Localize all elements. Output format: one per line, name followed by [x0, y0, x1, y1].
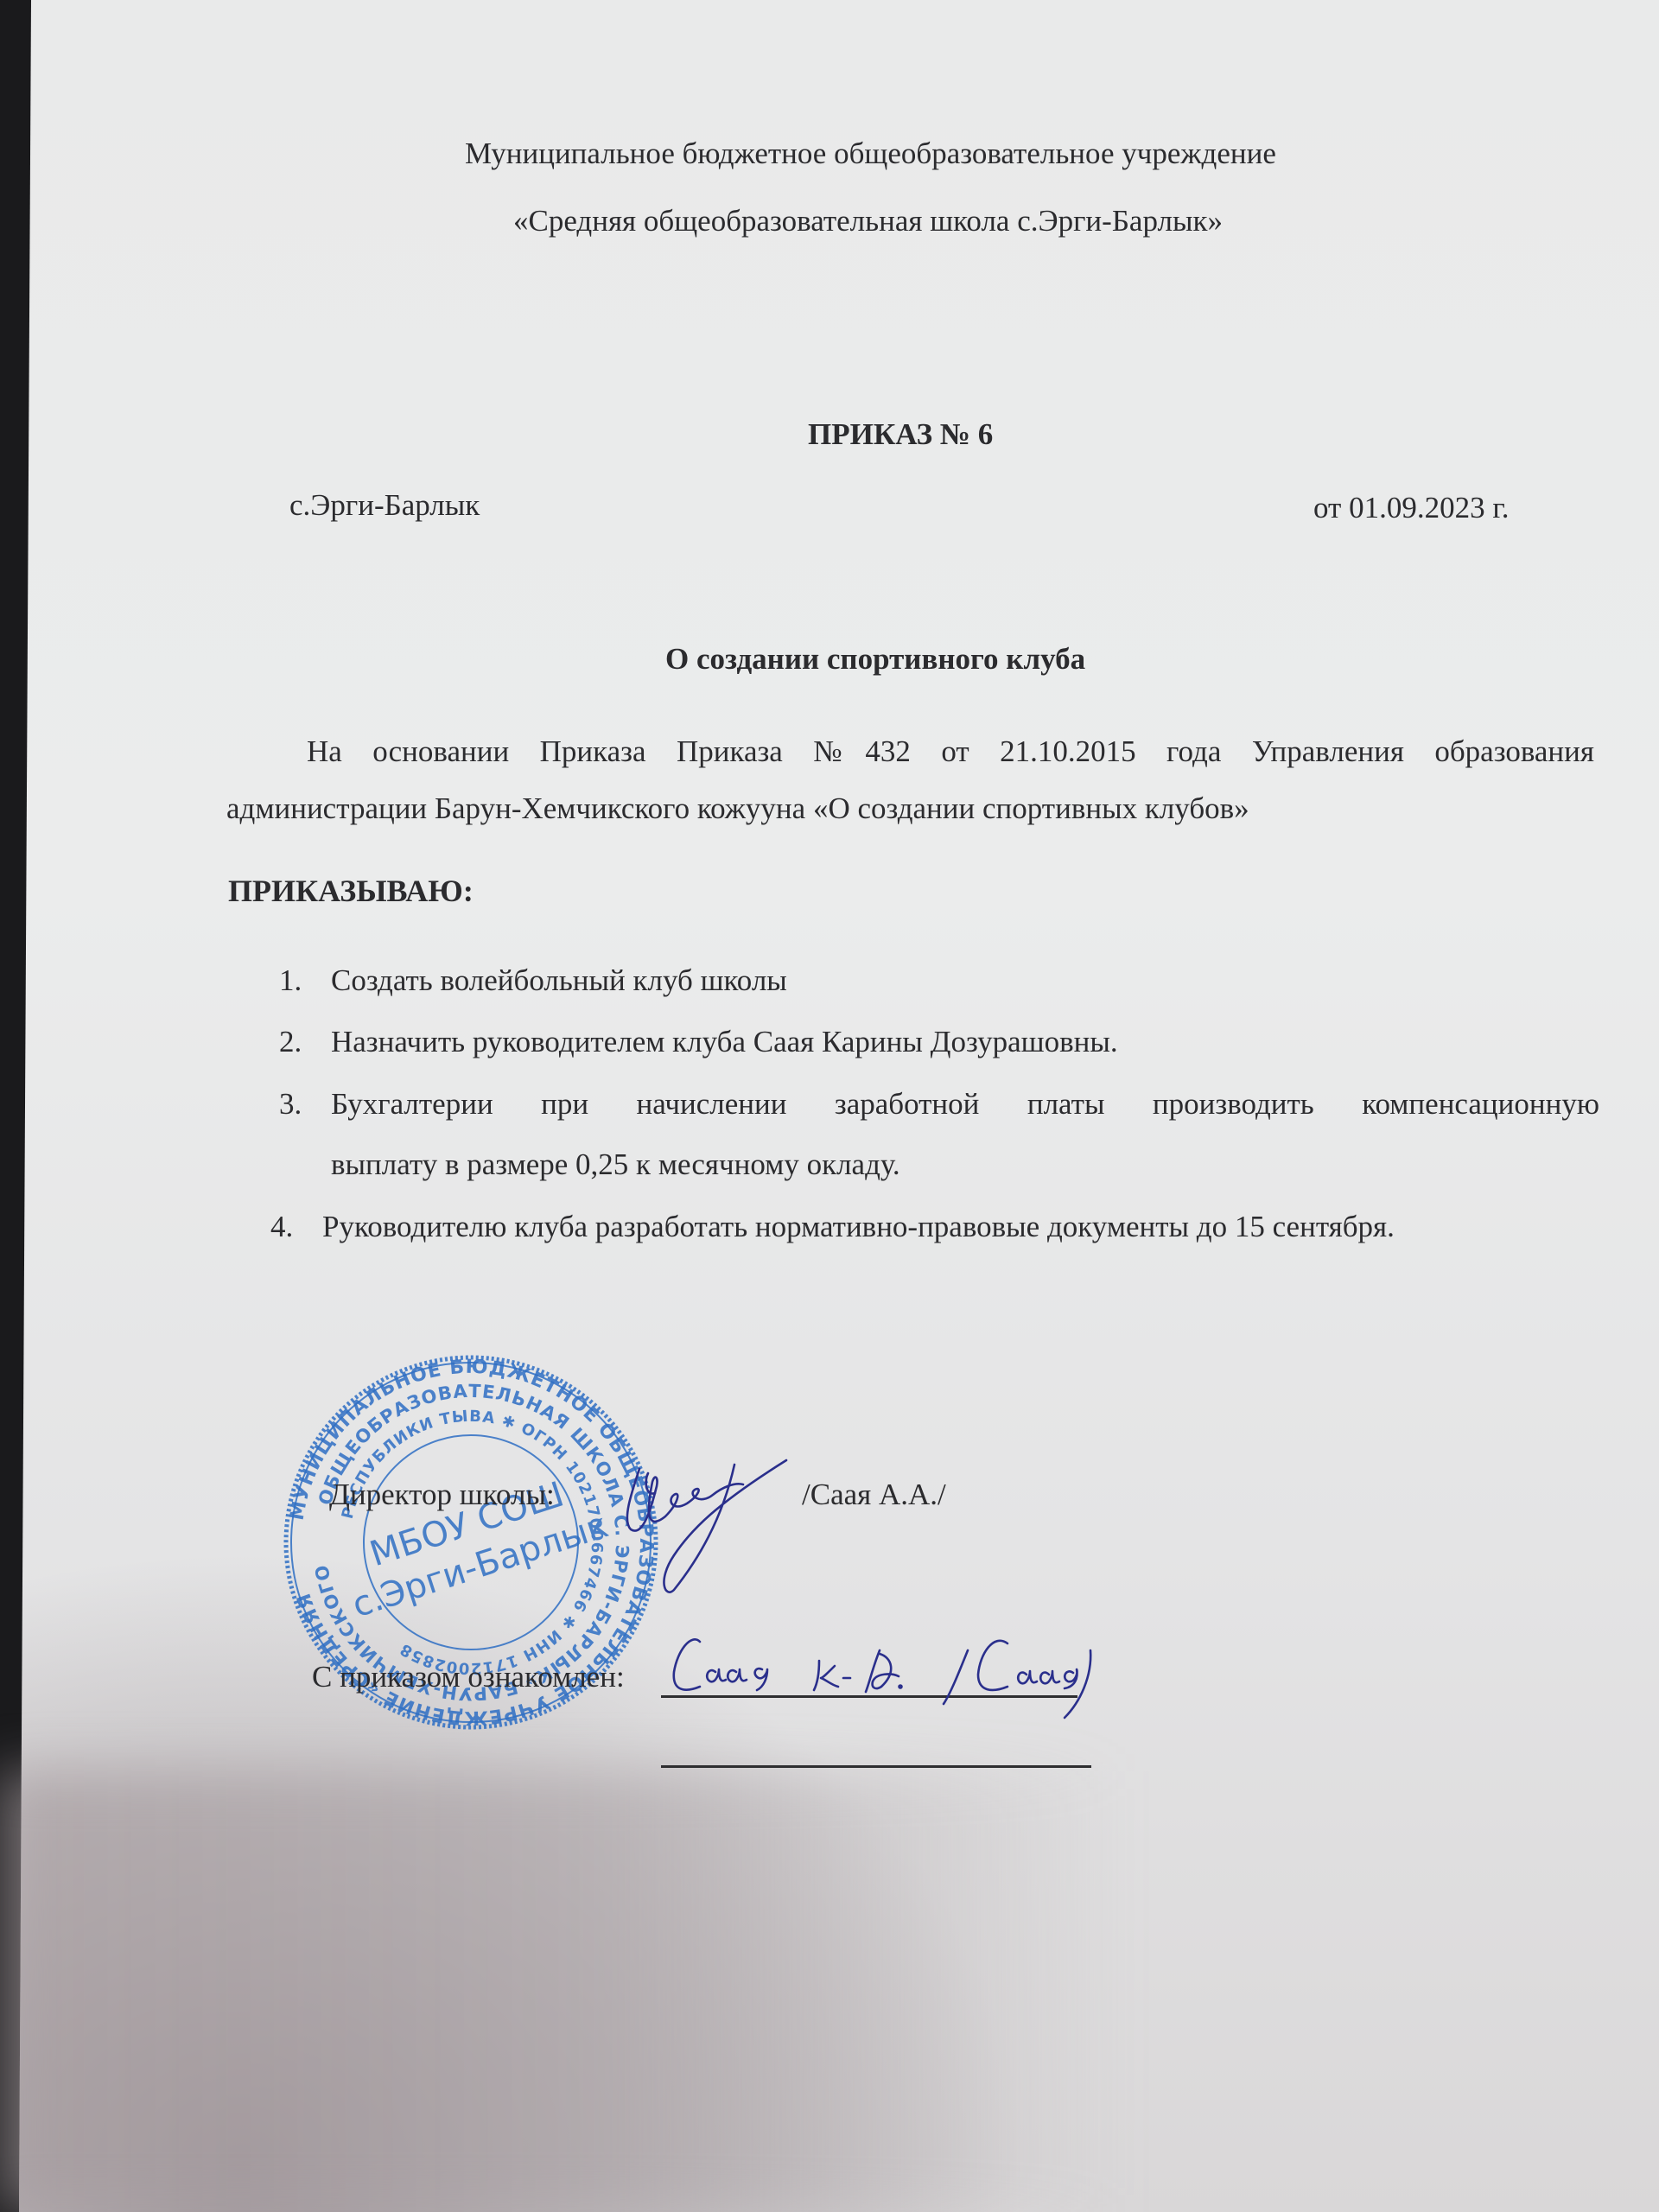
directive-heading: ПРИКАЗЫВАЮ:: [228, 875, 474, 906]
director-label: Директор школы:: [329, 1479, 555, 1510]
order-place: с.Эрги-Барлык: [289, 490, 480, 520]
order-subject: О создании спортивного клуба: [665, 644, 1085, 674]
item-text: Руководителю клуба разработать нормативн…: [322, 1211, 1395, 1242]
preamble-line-2: администрации Барун-Хемчикского кожууна …: [226, 793, 1249, 823]
institution-line-1: Муниципальное бюджетное общеобразователь…: [465, 138, 1276, 168]
director-signature-icon: [605, 1452, 795, 1599]
item-text: Бухгалтерии при начислении заработной пл…: [331, 1089, 1599, 1119]
order-date: от 01.09.2023 г.: [1313, 493, 1510, 523]
item-number: 1.: [279, 965, 302, 995]
preamble-line-1: На основании Приказа Приказа №432 от 21.…: [307, 736, 1594, 766]
second-signature-line: [661, 1765, 1091, 1768]
acknowledged-label: С приказом ознакомлен:: [312, 1662, 625, 1692]
order-title: ПРИКАЗ № 6: [808, 419, 993, 449]
item-number: 4.: [270, 1211, 293, 1242]
item-number: 2.: [279, 1027, 302, 1057]
acknowledgement-signature-icon: [665, 1624, 1166, 1719]
item-text: Создать волейбольный клуб школы: [331, 965, 787, 995]
item-text: Назначить руководителем клуба Саая Карин…: [331, 1027, 1118, 1057]
item-number: 3.: [279, 1089, 302, 1119]
photo-shadow: [0, 1771, 1123, 2212]
institution-line-2: «Средняя общеобразовательная школа с.Эрг…: [513, 206, 1223, 236]
director-name: /Саая А.А./: [802, 1479, 946, 1510]
item-text-continuation: выплату в размере 0,25 к месячному оклад…: [331, 1149, 900, 1179]
